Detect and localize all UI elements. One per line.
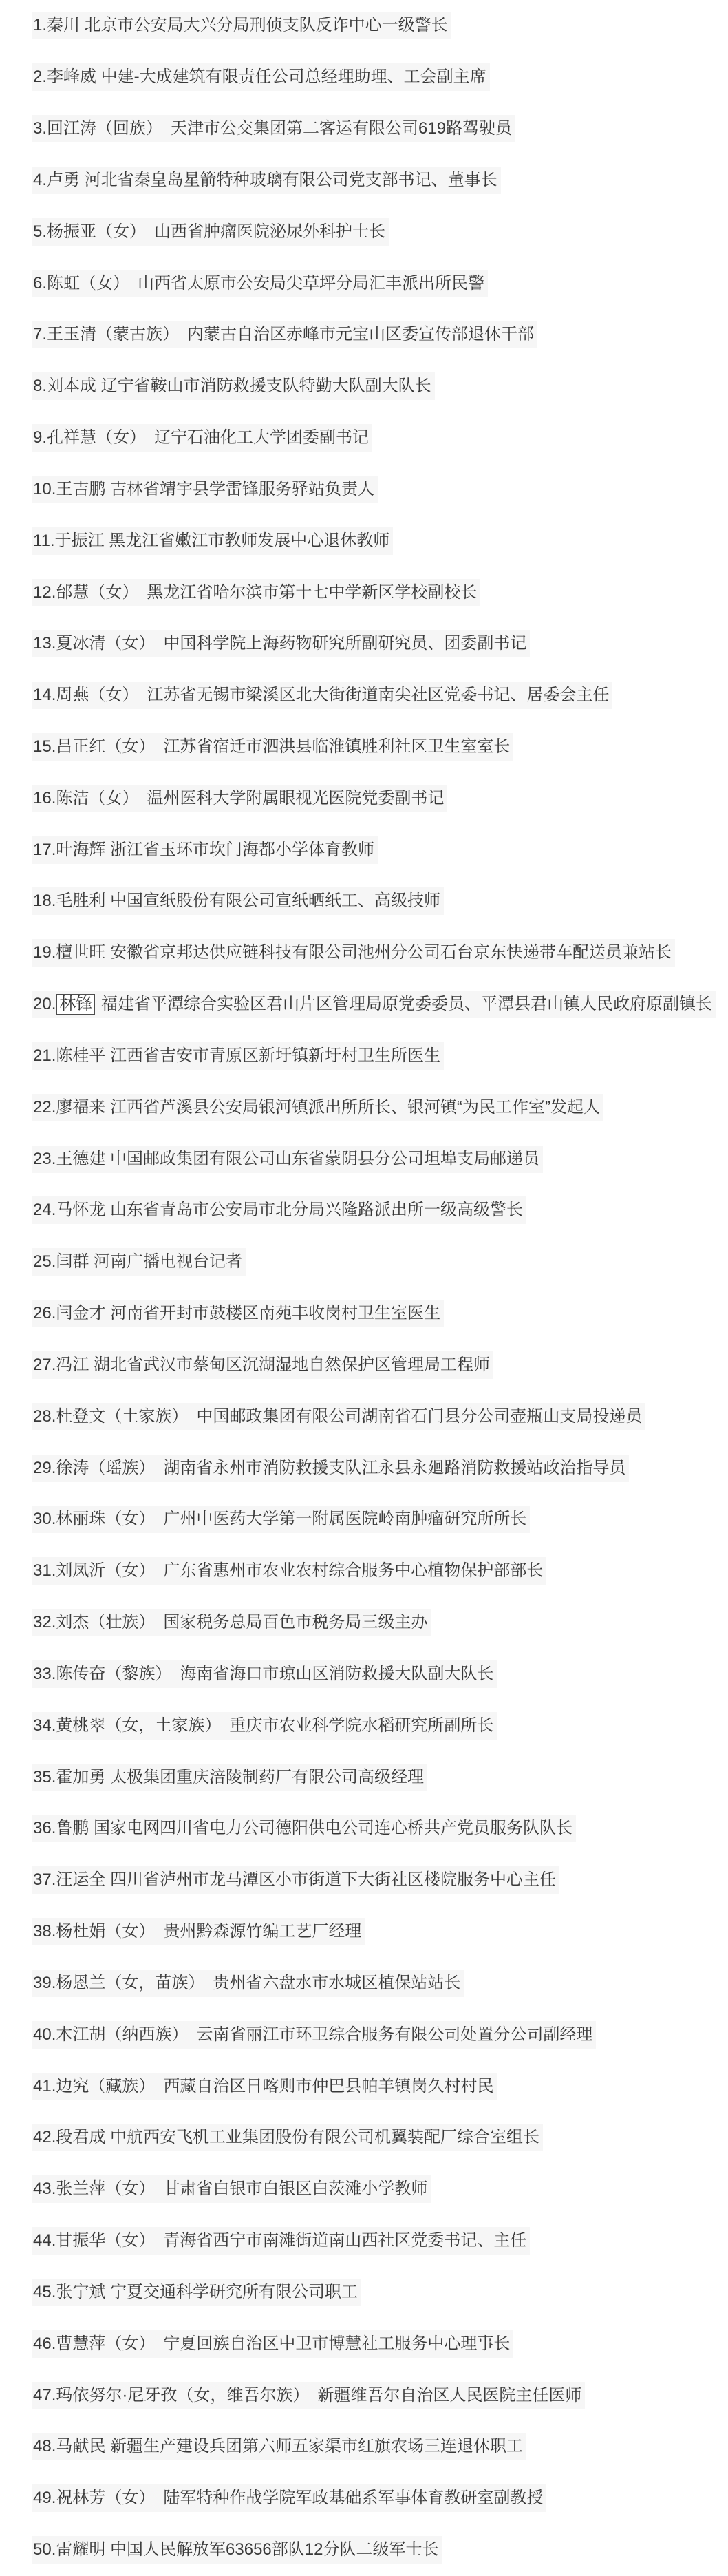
list-item: 40.木江胡（纳西族） 云南省丽江市环卫综合服务有限公司处置分公司副经理 (32, 2009, 728, 2060)
list-item: 48.马献民 新疆生产建设兵团第六师五家渠市红旗农场三连退休职工 (32, 2421, 728, 2473)
list-item: 32.刘杰（壮族） 国家税务总局百色市税务局三级主办 (32, 1597, 728, 1649)
entry-text: 29.徐涛（瑶族） 湖南省永州市消防救援支队江永县永廻路消防救援站政治指导员 (32, 1455, 629, 1482)
list-item: 46.曹慧萍（女） 宁夏回族自治区中卫市博慧社工服务中心理事长 (32, 2318, 728, 2369)
list-item: 7.王玉清（蒙古族） 内蒙古自治区赤峰市元宝山区委宣传部退休干部 (32, 309, 728, 361)
entry-text: 14.周燕（女） 江苏省无锡市梁溪区北大街街道南尖社区党委书记、居委会主任 (32, 682, 612, 709)
entry-text: 45.张宁斌 宁夏交通科学研究所有限公司职工 (32, 2279, 361, 2306)
entry-text: 44.甘振华（女） 青海省西宁市南滩街道南山西社区党委书记、主任 (32, 2227, 530, 2255)
list-item: 8.刘本成 辽宁省鞍山市消防救援支队特勤大队副大队长 (32, 361, 728, 412)
entry-text: 49.祝林芳（女） 陆军特种作战学院军政基础系军事体育教研室副教授 (32, 2484, 546, 2512)
entry-text: 26.闫金才 河南省开封市鼓楼区南苑丰收岗村卫生室医生 (32, 1300, 444, 1327)
list-item: 34.黄桃翠（女，土家族） 重庆市农业科学院水稻研究所副所长 (32, 1700, 728, 1751)
list-item: 21.陈桂平 江西省吉安市青原区新圩镇新圩村卫生所医生 (32, 1031, 728, 1082)
list-item: 49.祝林芳（女） 陆军特种作战学院军政基础系军事体育教研室副教授 (32, 2473, 728, 2524)
entry-text: 19.檀世旺 安徽省京邦达供应链科技有限公司池州分公司石台京东快递带车配送员兼站… (32, 939, 675, 967)
list-item: 31.刘凤沂（女） 广东省惠州市农业农村综合服务中心植物保护部部长 (32, 1545, 728, 1597)
list-item: 27.冯江 湖北省武汉市蔡甸区沉湖湿地自然保护区管理局工程师 (32, 1340, 728, 1391)
entry-text: 50.雷耀明 中国人民解放军63656部队12分队二级军士长 (32, 2536, 442, 2564)
list-item: 44.甘振华（女） 青海省西宁市南滩街道南山西社区党委书记、主任 (32, 2215, 728, 2267)
entry-text: 39.杨恩兰（女，苗族） 贵州省六盘水市水城区植保站站长 (32, 1970, 464, 1997)
entry-text: 7.王玉清（蒙古族） 内蒙古自治区赤峰市元宝山区委宣传部退休干部 (32, 321, 537, 348)
entry-text: 30.林丽珠（女） 广州中医药大学第一附属医院岭南肿瘤研究所所长 (32, 1506, 530, 1533)
entry-text: 31.刘凤沂（女） 广东省惠州市农业农村综合服务中心植物保护部部长 (32, 1557, 546, 1585)
list-item: 16.陈洁（女） 温州医科大学附属眼视光医院党委副书记 (32, 772, 728, 824)
list-item: 18.毛胜利 中国宣纸股份有限公司宣纸晒纸工、高级技师 (32, 876, 728, 927)
entry-text: 13.夏冰清（女） 中国科学院上海药物研究所副研究员、团委副书记 (32, 630, 530, 657)
award-list: 1.秦川 北京市公安局大兴分局刑侦支队反诈中心一级警长 2.李峰威 中建-大成建… (0, 0, 728, 2576)
list-item: 36.鲁鹏 国家电网四川省电力公司德阳供电公司连心桥共产党员服务队队长 (32, 1803, 728, 1855)
list-item: 15.吕正红（女） 江苏省宿迁市泗洪县临淮镇胜利社区卫生室室长 (32, 721, 728, 773)
list-item: 29.徐涛（瑶族） 湖南省永州市消防救援支队江永县永廻路消防救援站政治指导员 (32, 1442, 728, 1494)
list-item: 39.杨恩兰（女，苗族） 贵州省六盘水市水城区植保站站长 (32, 1957, 728, 2009)
list-item: 42.段君成 中航西安飞机工业集团股份有限公司机翼装配厂综合室组长 (32, 2112, 728, 2164)
entry-text: 9.孔祥慧（女） 辽宁石油化工大学团委副书记 (32, 424, 372, 452)
list-item: 14.周燕（女） 江苏省无锡市梁溪区北大街街道南尖社区党委书记、居委会主任 (32, 670, 728, 721)
entry-text: 47.玛依努尔·尼牙孜（女，维吾尔族） 新疆维吾尔自治区人民医院主任医师 (32, 2382, 585, 2409)
entry-text: 15.吕正红（女） 江苏省宿迁市泗洪县临淮镇胜利社区卫生室室长 (32, 733, 513, 761)
list-item: 1.秦川 北京市公安局大兴分局刑侦支队反诈中心一级警长 (32, 0, 728, 52)
entry-text: 27.冯江 湖北省武汉市蔡甸区沉湖湿地自然保护区管理局工程师 (32, 1351, 493, 1379)
entry-text: 8.刘本成 辽宁省鞍山市消防救援支队特勤大队副大队长 (32, 372, 435, 400)
entry-text: 17.叶海辉 浙江省玉环市坎门海都小学体育教师 (32, 836, 378, 864)
list-item: 19.檀世旺 安徽省京邦达供应链科技有限公司池州分公司石台京东快递带车配送员兼站… (32, 927, 728, 979)
list-item: 30.林丽珠（女） 广州中医药大学第一附属医院岭南肿瘤研究所所长 (32, 1494, 728, 1545)
entry-text: 37.汪运全 四川省泸州市龙马潭区小市街道下大街社区楼院服务中心主任 (32, 1866, 559, 1894)
entry-text: 18.毛胜利 中国宣纸股份有限公司宣纸晒纸工、高级技师 (32, 887, 444, 915)
list-item: 24.马怀龙 山东省青岛市公安局市北分局兴隆路派出所一级高级警长 (32, 1185, 728, 1236)
list-item: 35.霍加勇 太极集团重庆涪陵制药厂有限公司高级经理 (32, 1751, 728, 1803)
list-item: 45.张宁斌 宁夏交通科学研究所有限公司职工 (32, 2266, 728, 2318)
entry-text: 43.张兰萍（女） 甘肃省白银市白银区白茨滩小学教师 (32, 2175, 431, 2203)
list-item: 9.孔祥慧（女） 辽宁石油化工大学团委副书记 (32, 412, 728, 464)
list-item: 6.陈虹（女） 山西省太原市公安局尖草坪分局汇丰派出所民警 (32, 257, 728, 309)
entry-text: 38.杨杜娟（女） 贵州黔森源竹编工艺厂经理 (32, 1918, 365, 1945)
page: { "colors": { "page_background": "#fffff… (0, 0, 728, 2576)
entry-text: 24.马怀龙 山东省青岛市公安局市北分局兴隆路派出所一级高级警长 (32, 1196, 526, 1224)
list-item: 12.邰慧（女） 黑龙江省哈尔滨市第十七中学新区学校副校长 (32, 567, 728, 618)
entry-text: 22.廖福来 江西省芦溪县公安局银河镇派出所所长、银河镇“为民工作室”发起人 (32, 1094, 603, 1121)
list-item: 47.玛依努尔·尼牙孜（女，维吾尔族） 新疆维吾尔自治区人民医院主任医师 (32, 2369, 728, 2421)
entry-text: 48.马献民 新疆生产建设兵团第六师五家渠市红旗农场三连退休职工 (32, 2433, 526, 2460)
entry-text: 3.回江涛（回族） 天津市公交集团第二客运有限公司619路驾驶员 (32, 115, 515, 142)
list-item: 25.闫群 河南广播电视台记者 (32, 1236, 728, 1288)
entry-text: 12.邰慧（女） 黑龙江省哈尔滨市第十七中学新区学校副校长 (32, 579, 480, 606)
entry-text: 1.秦川 北京市公安局大兴分局刑侦支队反诈中心一级警长 (32, 12, 451, 39)
entry-text: 5.杨振亚（女） 山西省肿瘤医院泌尿外科护士长 (32, 218, 389, 246)
entry-text: 4.卢勇 河北省秦皇岛星箭特种玻璃有限公司党支部书记、董事长 (32, 167, 501, 194)
entry-text: 16.陈洁（女） 温州医科大学附属眼视光医院党委副书记 (32, 785, 447, 812)
list-item: 17.叶海辉 浙江省玉环市坎门海都小学体育教师 (32, 824, 728, 876)
entry-affiliation: 福建省平潭综合实验区君山片区管理局原党委委员、平潭县君山镇人民政府原副镇长 (96, 995, 712, 1013)
entry-text: 2.李峰威 中建-大成建筑有限责任公司总经理助理、工会副主席 (32, 63, 490, 91)
entry-text: 35.霍加勇 太极集团重庆涪陵制药厂有限公司高级经理 (32, 1764, 427, 1791)
list-item: 3.回江涛（回族） 天津市公交集团第二客运有限公司619路驾驶员 (32, 103, 728, 155)
entry-number: 20. (33, 995, 56, 1013)
entry-text: 28.杜登文（土家族） 中国邮政集团有限公司湖南省石门县分公司壶瓶山支局投递员 (32, 1403, 645, 1430)
entry-text: 6.陈虹（女） 山西省太原市公安局尖草坪分局汇丰派出所民警 (32, 270, 488, 297)
entry-text: 40.木江胡（纳西族） 云南省丽江市环卫综合服务有限公司处置分公司副经理 (32, 2021, 596, 2049)
entry-text: 41.边究（藏族） 西藏自治区日喀则市仲巴县帕羊镇岗久村村民 (32, 2073, 497, 2100)
entry-text: 46.曹慧萍（女） 宁夏回族自治区中卫市博慧社工服务中心理事长 (32, 2330, 513, 2358)
entry-text: 42.段君成 中航西安飞机工业集团股份有限公司机翼装配厂综合室组长 (32, 2124, 543, 2151)
list-item: 23.王德建 中国邮政集团有限公司山东省蒙阴县分公司坦埠支局邮递员 (32, 1133, 728, 1185)
entry-text: 34.黄桃翠（女，土家族） 重庆市农业科学院水稻研究所副所长 (32, 1712, 497, 1740)
list-item: 50.雷耀明 中国人民解放军63656部队12分队二级军士长 (32, 2524, 728, 2576)
entry-text: 32.刘杰（壮族） 国家税务总局百色市税务局三级主办 (32, 1609, 431, 1636)
entry-text: 11.于振江 黑龙江省嫩江市教师发展中心退休教师 (32, 527, 393, 555)
entry-text: 20.林锋 福建省平潭综合实验区君山片区管理局原党委委员、平潭县君山镇人民政府原… (32, 991, 716, 1018)
list-item: 13.夏冰清（女） 中国科学院上海药物研究所副研究员、团委副书记 (32, 618, 728, 670)
list-item: 28.杜登文（土家族） 中国邮政集团有限公司湖南省石门县分公司壶瓶山支局投递员 (32, 1391, 728, 1442)
entry-text: 33.陈传奋（黎族） 海南省海口市琼山区消防救援大队副大队长 (32, 1660, 497, 1688)
list-item: 38.杨杜娟（女） 贵州黔森源竹编工艺厂经理 (32, 1906, 728, 1958)
list-item: 41.边究（藏族） 西藏自治区日喀则市仲巴县帕羊镇岗久村村民 (32, 2060, 728, 2112)
entry-text: 10.王吉鹏 吉林省靖宇县学雷锋服务驿站负责人 (32, 476, 378, 503)
list-item: 33.陈传奋（黎族） 海南省海口市琼山区消防救援大队副大队长 (32, 1649, 728, 1700)
entry-text: 21.陈桂平 江西省吉安市青原区新圩镇新圩村卫生所医生 (32, 1042, 444, 1070)
list-item: 20.林锋 福建省平潭综合实验区君山片区管理局原党委委员、平潭县君山镇人民政府原… (32, 979, 728, 1031)
list-item: 11.于振江 黑龙江省嫩江市教师发展中心退休教师 (32, 515, 728, 567)
list-item: 37.汪运全 四川省泸州市龙马潭区小市街道下大街社区楼院服务中心主任 (32, 1855, 728, 1906)
list-item: 2.李峰威 中建-大成建筑有限责任公司总经理助理、工会副主席 (32, 52, 728, 103)
boxed-name: 林锋 (56, 994, 95, 1015)
entry-text: 23.王德建 中国邮政集团有限公司山东省蒙阴县分公司坦埠支局邮递员 (32, 1146, 543, 1173)
list-item: 4.卢勇 河北省秦皇岛星箭特种玻璃有限公司党支部书记、董事长 (32, 154, 728, 206)
entry-text: 25.闫群 河南广播电视台记者 (32, 1248, 246, 1276)
list-item: 43.张兰萍（女） 甘肃省白银市白银区白茨滩小学教师 (32, 2164, 728, 2215)
list-item: 10.王吉鹏 吉林省靖宇县学雷锋服务驿站负责人 (32, 463, 728, 515)
list-item: 26.闫金才 河南省开封市鼓楼区南苑丰收岗村卫生室医生 (32, 1288, 728, 1340)
entry-text: 36.鲁鹏 国家电网四川省电力公司德阳供电公司连心桥共产党员服务队队长 (32, 1815, 576, 1842)
list-item: 5.杨振亚（女） 山西省肿瘤医院泌尿外科护士长 (32, 206, 728, 257)
list-item: 22.廖福来 江西省芦溪县公安局银河镇派出所所长、银河镇“为民工作室”发起人 (32, 1081, 728, 1133)
